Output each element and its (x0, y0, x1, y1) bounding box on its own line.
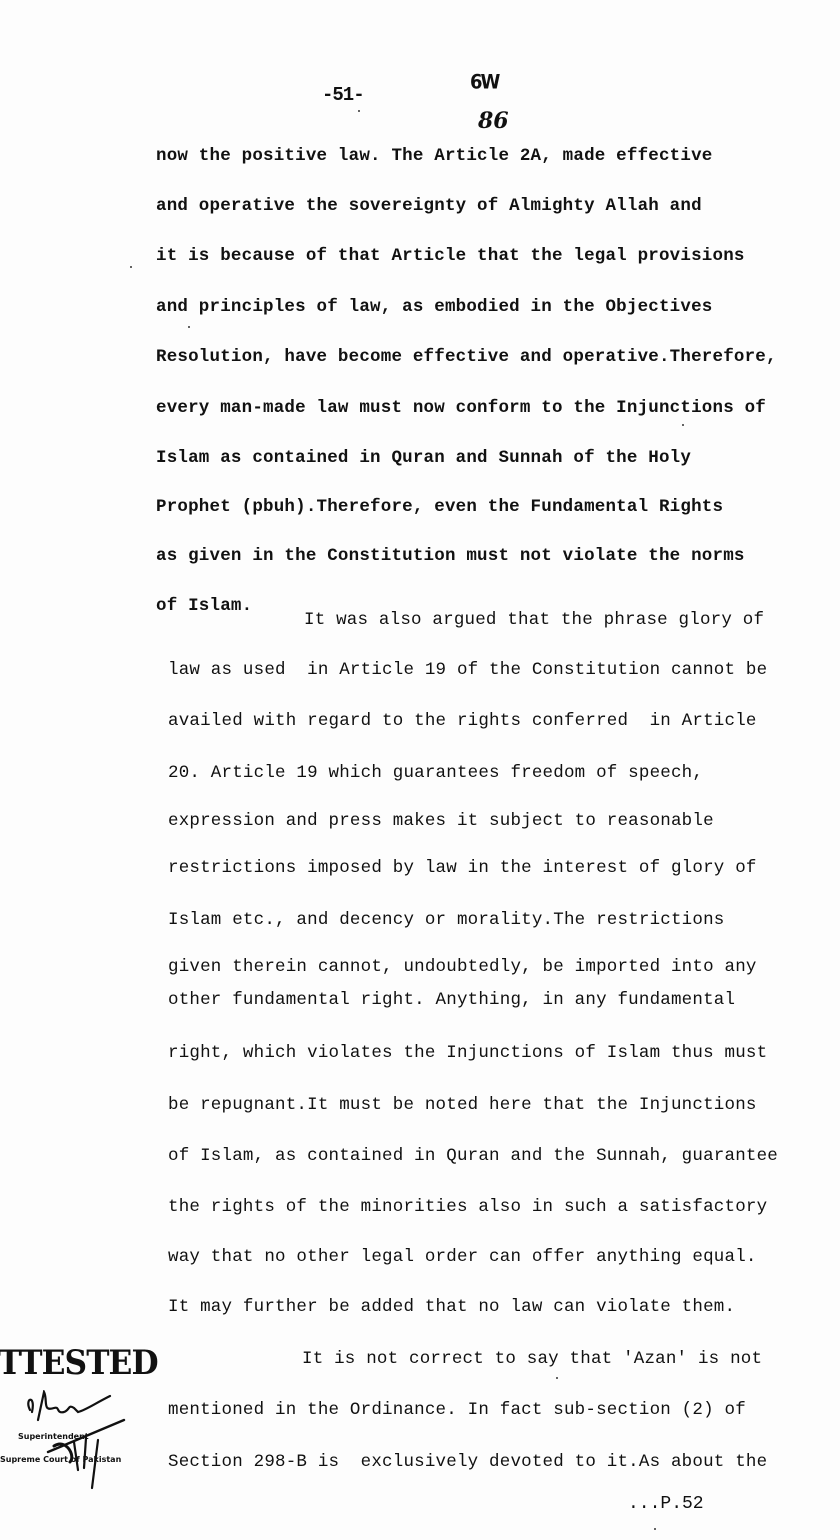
text-line: and operative the sovereignty of Almight… (156, 196, 702, 216)
text-line: availed with regard to the rights confer… (168, 711, 757, 731)
text-line: be repugnant.It must be noted here that … (168, 1095, 757, 1115)
signature-caption-court: Supreme Court of Pakistan (0, 1455, 121, 1464)
scan-speck (682, 424, 684, 426)
text-line: way that no other legal order can offer … (168, 1247, 757, 1267)
text-line: It may further be added that no law can … (168, 1297, 735, 1317)
text-line: right, which violates the Injunctions of… (168, 1043, 767, 1063)
text-line: of Islam, as contained in Quran and the … (168, 1146, 778, 1166)
text-line: the rights of the minorities also in suc… (168, 1197, 767, 1217)
document-page: -51- 6W 86 now the positive law. The Art… (0, 0, 840, 1540)
text-line: Section 298-B is exclusively devoted to … (168, 1452, 767, 1472)
text-line: every man-made law must now conform to t… (156, 398, 766, 418)
text-line: It was also argued that the phrase glory… (304, 610, 764, 630)
text-line: of Islam. (156, 596, 252, 616)
text-line: it is because of that Article that the l… (156, 246, 745, 266)
scan-speck (654, 1528, 656, 1530)
text-line: now the positive law. The Article 2A, ma… (156, 146, 713, 166)
scan-speck (358, 110, 360, 112)
attested-stamp: TTESTED (0, 1343, 158, 1383)
signature-caption-title: Superintendent (18, 1432, 89, 1441)
continuation-marker: ...P.52 (628, 1494, 704, 1514)
text-line: mentioned in the Ordinance. In fact sub-… (168, 1400, 746, 1420)
text-line: Islam etc., and decency or morality.The … (168, 910, 725, 930)
text-line: restrictions imposed by law in the inter… (168, 858, 757, 878)
text-line: Resolution, have become effective and op… (156, 347, 777, 367)
text-line: given therein cannot, undoubtedly, be im… (168, 957, 757, 977)
scan-speck (556, 1377, 558, 1379)
text-line: law as used in Article 19 of the Constit… (168, 660, 767, 680)
page-number: -51- (322, 84, 364, 106)
text-line: as given in the Constitution must not vi… (156, 546, 745, 566)
text-line: expression and press makes it subject to… (168, 811, 714, 831)
handwritten-mark: 86 (478, 108, 509, 134)
text-line: 20. Article 19 which guarantees freedom … (168, 763, 703, 783)
scan-speck (130, 266, 132, 268)
scan-speck (188, 326, 190, 328)
text-line: Islam as contained in Quran and Sunnah o… (156, 448, 691, 468)
text-line: It is not correct to say that 'Azan' is … (302, 1349, 762, 1369)
text-line: and principles of law, as embodied in th… (156, 297, 713, 317)
stamp-number: 6W (470, 71, 498, 94)
text-line: other fundamental right. Anything, in an… (168, 990, 735, 1010)
text-line: Prophet (pbuh).Therefore, even the Funda… (156, 497, 723, 517)
